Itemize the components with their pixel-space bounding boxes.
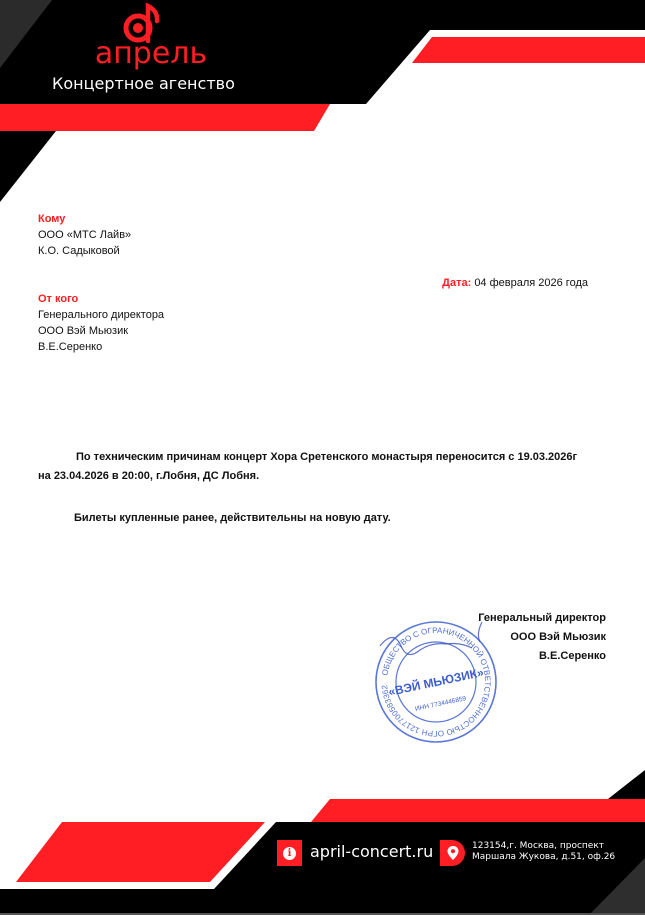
body-paragraph-2: Билеты купленные ранее, действительны на…: [74, 509, 391, 528]
sender-block: От кого Генерального директора ООО Вэй М…: [38, 291, 164, 355]
sender-company: ООО Вэй Мьюзик: [38, 323, 164, 339]
header-red-bar-right: [412, 37, 645, 63]
recipient-person: К.О. Садыковой: [38, 243, 131, 259]
info-icon-box: i: [277, 840, 302, 866]
footer-red-bar-right: [311, 799, 645, 822]
sender-label: От кого: [38, 291, 164, 307]
body-paragraph-1-line-1: По техническим причинам концерт Хора Сре…: [38, 448, 618, 467]
signature-company: ООО Вэй Мьюзик: [478, 628, 606, 647]
signature-position: Генеральный директор: [478, 609, 606, 628]
address-line-1: 123154,г. Москва, проспект: [472, 841, 615, 852]
sender-position: Генерального директора: [38, 307, 164, 323]
stamp-inn-text: ИНН 7734446859: [415, 695, 468, 713]
date-value: 04 февраля 2026 года: [474, 277, 588, 289]
stamp-center-text: «ВЭЙ МЬЮЗИК»: [387, 664, 485, 699]
signature-block: Генеральный директор ООО Вэй Мьюзик В.Е.…: [478, 609, 606, 666]
brand-logo-word: апрель: [86, 38, 216, 70]
date-label: Дата:: [442, 277, 471, 289]
recipient-block: Кому ООО «МТС Лайв» К.О. Садыковой: [38, 211, 131, 259]
footer-black-corner: [608, 770, 645, 799]
location-icon-box: [440, 840, 465, 866]
body-paragraph-1-line-2: на 23.04.2026 в 20:00, г.Лобня, ДС Лобня…: [38, 467, 618, 486]
address-line-2: Маршала Жукова, д.51, оф.26: [472, 852, 615, 863]
info-icon: i: [283, 847, 296, 860]
body-paragraph-1: По техническим причинам концерт Хора Сре…: [38, 448, 618, 486]
header-black-wedge: [0, 131, 56, 202]
website-link[interactable]: april-concert.ru: [310, 841, 433, 863]
signature-person: В.Е.Серенко: [478, 647, 606, 666]
header-red-bar-left: [0, 104, 330, 131]
address-block: 123154,г. Москва, проспект Маршала Жуков…: [472, 841, 615, 863]
recipient-company: ООО «МТС Лайв»: [38, 227, 131, 243]
footer-red-bar-left: [16, 822, 265, 882]
brand-subtitle: Концертное агенство: [52, 74, 235, 94]
date-line: Дата: 04 февраля 2026 года: [442, 275, 588, 291]
map-pin-icon: [447, 846, 459, 860]
recipient-label: Кому: [38, 211, 131, 227]
sender-person: В.Е.Серенко: [38, 339, 164, 355]
